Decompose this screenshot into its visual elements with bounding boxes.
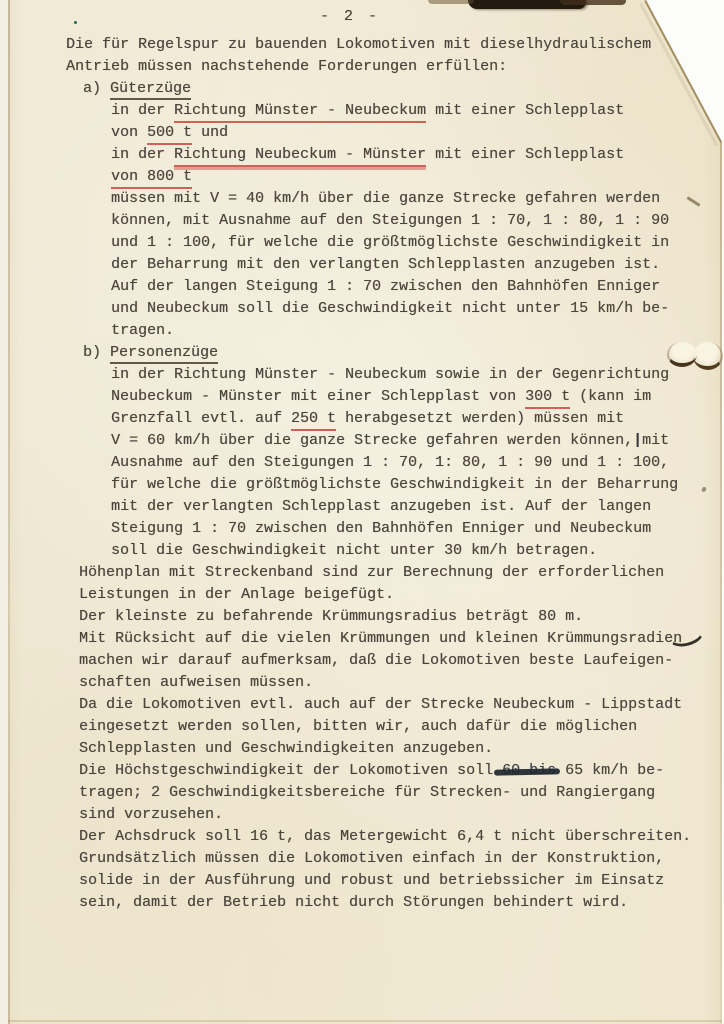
text-segment: in der [111,102,174,119]
text-line: Die für Regelspur zu bauenden Lokomotive… [66,34,724,56]
text-line: b) Personenzüge [83,342,724,364]
text-segment: für welche die größtmöglichste Geschwind… [111,476,678,493]
text-segment: Der kleinste zu befahrende Krümmungsradi… [79,608,583,625]
text-line: a) Güterzüge [83,78,724,100]
text-segment: Leistungen in der Anlage beigefügt. [79,586,394,603]
page-number: - 2 - [320,8,380,25]
text-segment: mit einer Schlepplast [426,146,624,163]
top-ink-stain-small [560,0,626,5]
text-line: Leistungen in der Anlage beigefügt. [79,584,724,606]
text-segment: herabgesetzt werden) müssen mit [336,410,624,427]
top-ink-stain-faint [428,0,474,4]
text-segment: mit einer Schlepplast [426,102,624,119]
text-line: Ausnahme auf den Steigungen 1 : 70, 1: 8… [111,452,724,474]
text-line: und Neubeckum soll die Geschwindigkeit n… [111,298,724,320]
text-line: eingesetzt werden sollen, bitten wir, au… [79,716,724,738]
teal-speck [74,21,77,24]
text-segment-u-black: Güterzüge [110,80,191,100]
text-segment: der Beharrung mit den verlangten Schlepp… [111,256,660,273]
text-segment: tragen; 2 Geschwindigkeitsbereiche für S… [79,784,655,801]
scanned-document: - 2 - Die für Regelspur zu bauenden Loko… [0,0,724,1024]
text-line: Mit Rücksicht auf die vielen Krümmungen … [79,628,724,650]
scanner-background-left [0,0,8,1024]
text-segment: in der [111,146,174,163]
text-segment: und 1 : 100, für welche die größtmöglich… [111,234,669,251]
text-line: von 800 t [111,166,724,188]
text-segment: Die für Regelspur zu bauenden Lokomotive… [66,36,651,53]
paper-left-edge [8,0,10,1024]
text-line: tragen. [111,320,724,342]
text-line: in der Richtung Neubeckum - Münster mit … [111,144,724,166]
text-line: Steigung 1 : 70 zwischen den Bahnhöfen E… [111,518,724,540]
text-line: soll die Geschwindigkeit nicht unter 30 … [111,540,724,562]
text-line: V = 60 km/h über die ganze Strecke gefah… [111,430,724,452]
text-segment-u-red: 300 t [525,388,570,409]
text-segment: a) [83,80,110,97]
text-segment: und Neubeckum soll die Geschwindigkeit n… [111,300,669,317]
text-segment: Mit Rücksicht auf die vielen Krümmungen … [79,630,682,647]
text-line: können, mit Ausnahme auf den Steigungen … [111,210,724,232]
text-segment-u-red2: Richtung Neubeckum - Münster [174,146,426,167]
punch-hole-mark-2 [693,342,723,370]
text-line: der Beharrung mit den verlangten Schlepp… [111,254,724,276]
text-line: Die Höchstgeschwindigkeit der Lokomotive… [79,760,724,782]
text-segment: b) [83,344,110,361]
text-line: Neubeckum - Münster mit einer Schlepplas… [111,386,724,408]
text-segment-pen: | [633,432,642,449]
text-line: Antrieb müssen nachstehende Forderungen … [66,56,724,78]
text-line: sind vorzusehen. [79,804,724,826]
text-segment: soll die Geschwindigkeit nicht unter 30 … [111,542,597,559]
text-segment: mit der verlangten Schlepplast anzugeben… [111,498,651,515]
text-segment: und [192,124,228,141]
text-segment: eingesetzt werden sollen, bitten wir, au… [79,718,637,735]
text-line: Da die Lokomotiven evtl. auch auf der St… [79,694,724,716]
text-line: Auf der langen Steigung 1 : 70 zwischen … [111,276,724,298]
text-segment: Ausnahme auf den Steigungen 1 : 70, 1: 8… [111,454,669,471]
text-line: für welche die größtmöglichste Geschwind… [111,474,724,496]
text-segment: Auf der langen Steigung 1 : 70 zwischen … [111,278,660,295]
text-line: in der Richtung Münster - Neubeckum sowi… [111,364,724,386]
text-segment: können, mit Ausnahme auf den Steigungen … [111,212,669,229]
paper-sheet: - 2 - Die für Regelspur zu bauenden Loko… [0,0,724,1024]
text-segment: schaften aufweisen müssen. [79,674,313,691]
text-segment-u-red: Richtung Münster - Neubeckum [174,102,426,123]
text-line: Der Achsdruck soll 16 t, das Metergewich… [79,826,724,848]
text-line: Der kleinste zu befahrende Krümmungsradi… [79,606,724,628]
text-segment: von [111,124,147,141]
text-line: müssen mit V = 40 km/h über die ganze St… [111,188,724,210]
text-segment: sind vorzusehen. [79,806,223,823]
text-line: von 500 t und [111,122,724,144]
text-line: Höhenplan mit Streckenband sind zur Bere… [79,562,724,584]
text-segment: Grundsätzlich müssen die Lokomotiven ein… [79,850,664,867]
text-segment: sein, damit der Betrieb nicht durch Stör… [79,894,628,911]
text-segment: mit [642,432,669,449]
text-line: Grundsätzlich müssen die Lokomotiven ein… [79,848,724,870]
text-segment: Die Höchstgeschwindigkeit der Lokomotive… [79,762,502,779]
text-line: mit der verlangten Schlepplast anzugeben… [111,496,724,518]
text-segment: solide in der Ausführung und robust und … [79,872,664,889]
text-segment-struck: 60 bis [502,762,556,779]
text-segment: Antrieb müssen nachstehende Forderungen … [66,58,507,75]
text-line: Grenzfall evtl. auf 250 t herabgesetzt w… [111,408,724,430]
text-line: in der Richtung Münster - Neubeckum mit … [111,100,724,122]
text-line: machen wir darauf aufmerksam, daß die Lo… [79,650,724,672]
text-segment: müssen mit V = 40 km/h über die ganze St… [111,190,660,207]
text-segment: tragen. [111,322,174,339]
typewritten-text: Die für Regelspur zu bauenden Lokomotive… [0,34,724,914]
text-line: schaften aufweisen müssen. [79,672,724,694]
text-segment: Der Achsdruck soll 16 t, das Metergewich… [79,828,691,845]
paper-right-edge [720,142,722,1024]
text-segment: Schlepplasten und Geschwindigkeiten anzu… [79,740,493,757]
text-segment: V = 60 km/h über die ganze Strecke gefah… [111,432,633,449]
text-segment-u-black: Personenzüge [110,344,218,364]
text-segment: 65 km/h be- [556,762,664,779]
text-line: und 1 : 100, für welche die größtmöglich… [111,232,724,254]
text-segment: (kann im [570,388,651,405]
text-segment: Neubeckum - Münster mit einer Schlepplas… [111,388,525,405]
text-segment: Da die Lokomotiven evtl. auch auf der St… [79,696,682,713]
text-segment-u-red: 250 t [291,410,336,431]
text-line: tragen; 2 Geschwindigkeitsbereiche für S… [79,782,724,804]
text-line: Schlepplasten und Geschwindigkeiten anzu… [79,738,724,760]
text-line: solide in der Ausführung und robust und … [79,870,724,892]
text-segment: machen wir darauf aufmerksam, daß die Lo… [79,652,673,669]
text-line: sein, damit der Betrieb nicht durch Stör… [79,892,724,914]
text-segment: Steigung 1 : 70 zwischen den Bahnhöfen E… [111,520,651,537]
text-segment: in der Richtung Münster - Neubeckum sowi… [111,366,669,383]
text-segment-u-red: von 800 t [111,168,192,189]
text-segment: Grenzfall evtl. auf [111,410,291,427]
paper-bottom-edge [8,1020,722,1022]
text-segment: Höhenplan mit Streckenband sind zur Bere… [79,564,664,581]
text-segment-u-red: 500 t [147,124,192,145]
